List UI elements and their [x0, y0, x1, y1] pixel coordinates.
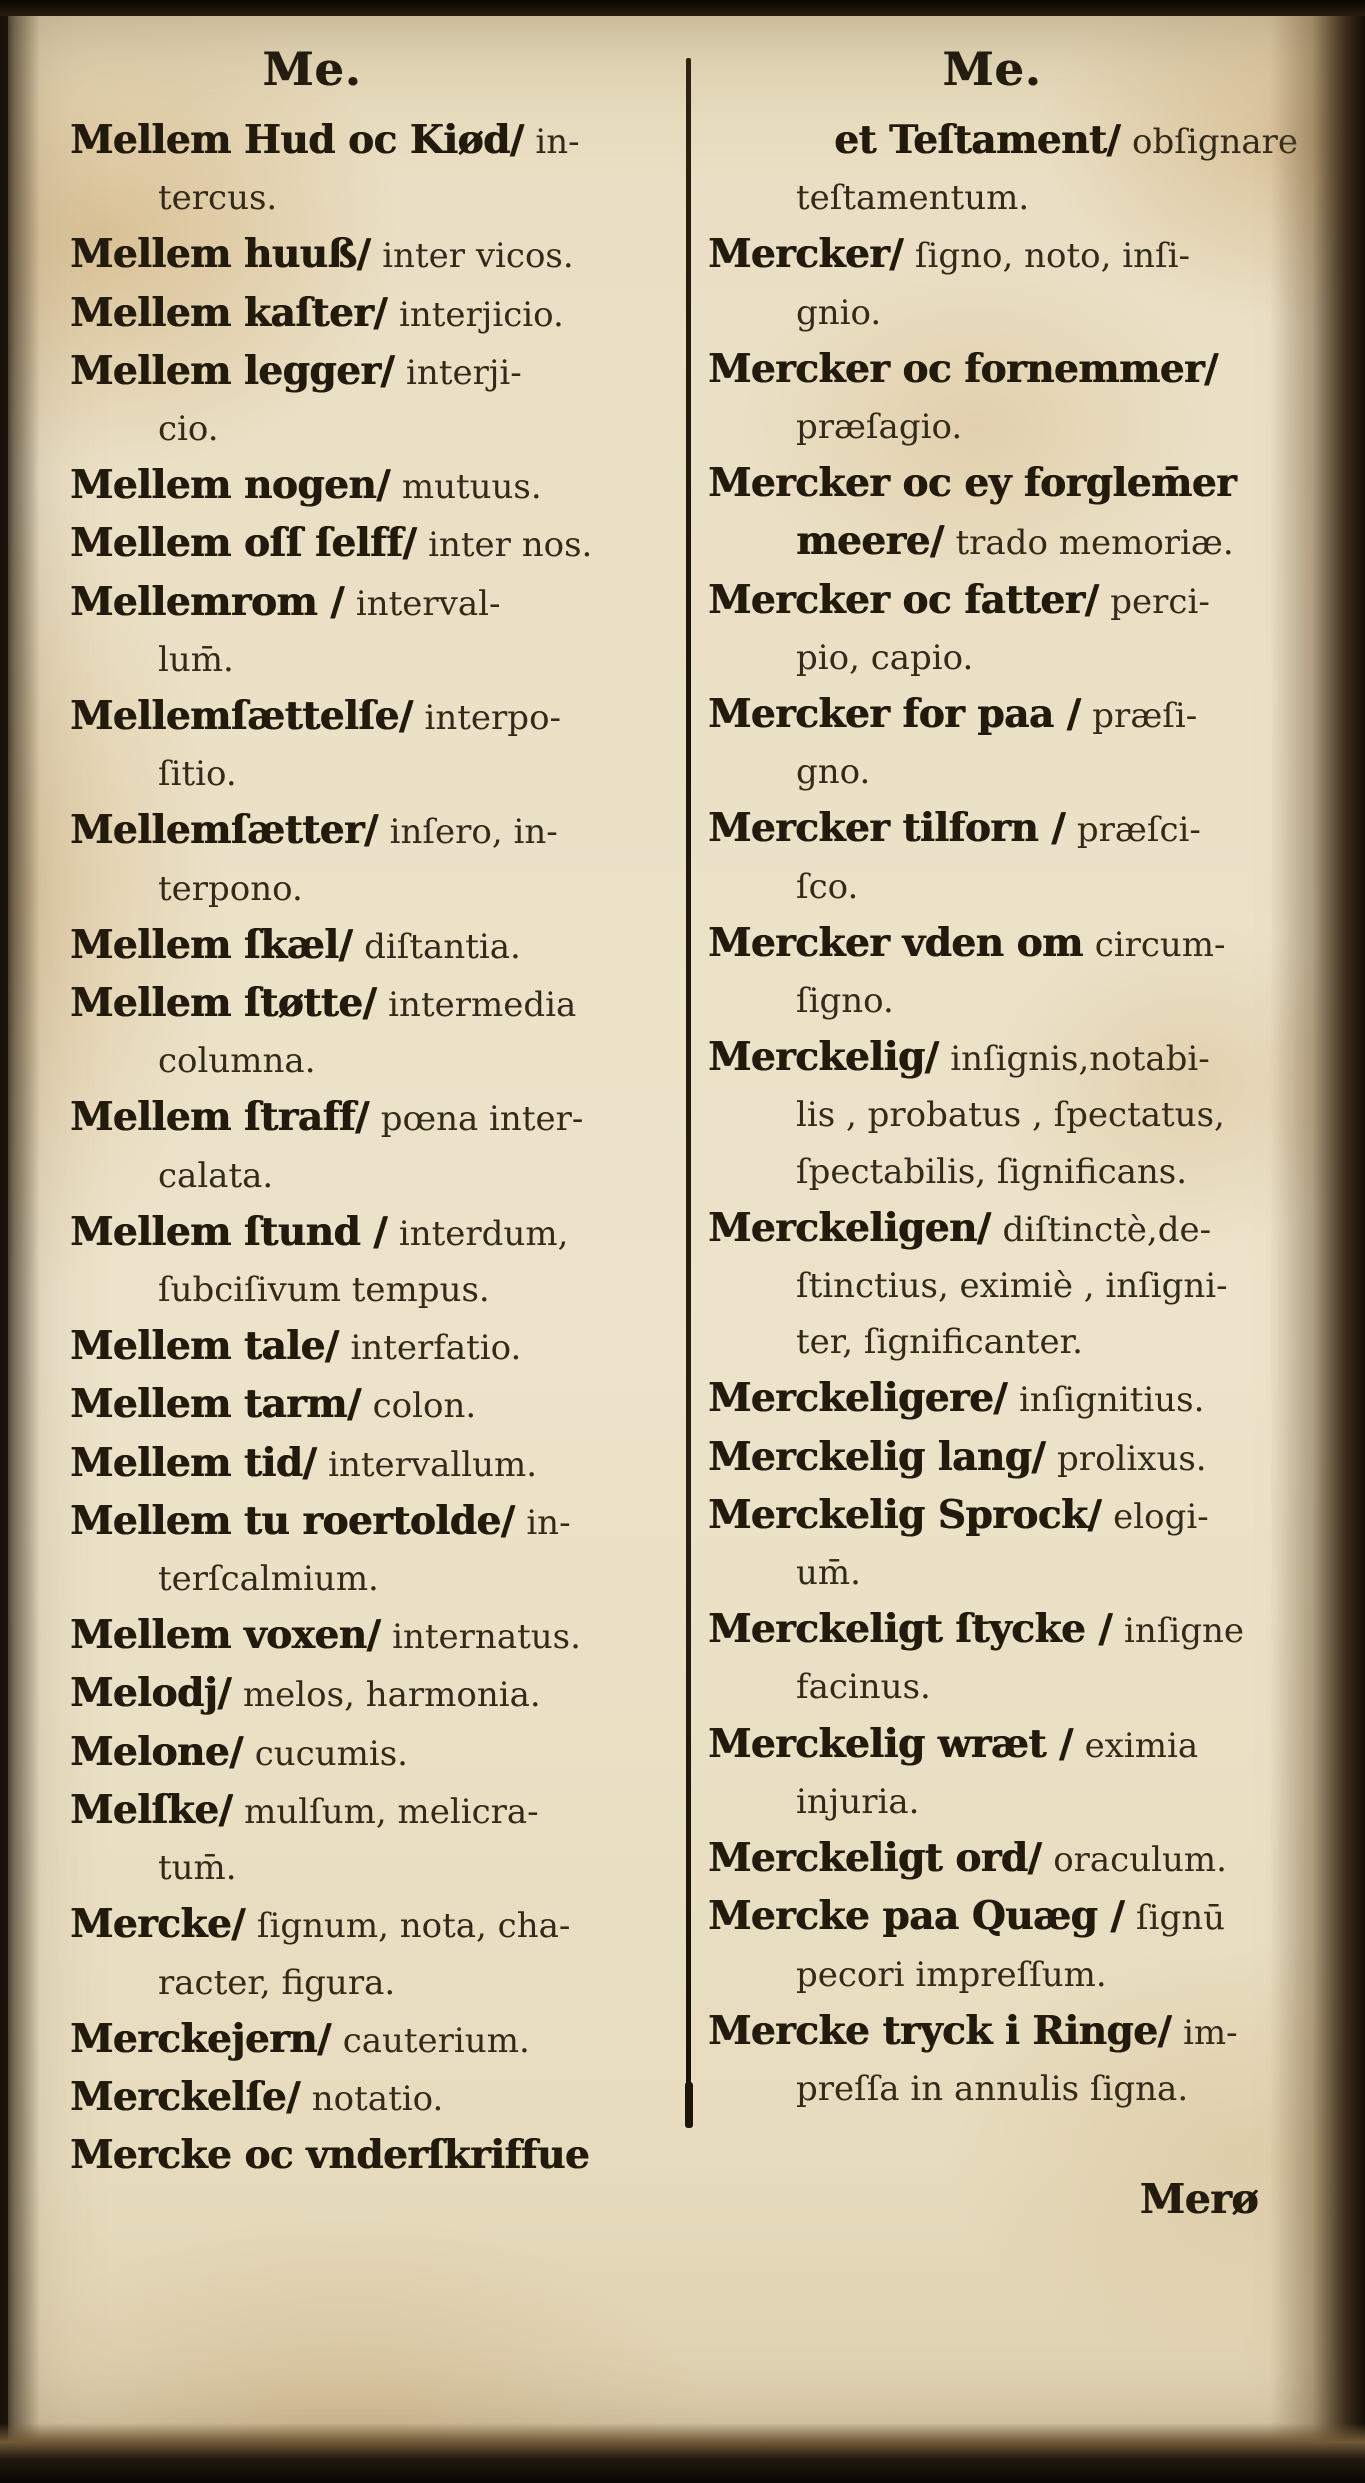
entry-line: Mercker tilforn /præſci- — [708, 800, 1316, 858]
headword-danish: et Teſtament/ — [834, 117, 1120, 163]
gloss-latin: gnio. — [796, 293, 881, 333]
gloss-latin: interval- — [356, 584, 501, 624]
entry-line: Merckeligt ord/oraculum. — [708, 1830, 1316, 1888]
right-column: Me. et Teſtament/obſignareteſtamentum.Me… — [708, 26, 1316, 2223]
headword-danish: Mercker oc fornemmer/ — [708, 346, 1218, 392]
headword-danish: Mellem ſtøtte/ — [70, 980, 376, 1026]
gloss-latin: pio, capio. — [796, 638, 973, 678]
gloss-latin: interjicio. — [399, 295, 564, 335]
headword-danish: Merckeligt ord/ — [708, 1835, 1041, 1881]
entry-line: Merckeligen/diſtinctè,de- — [708, 1200, 1316, 1258]
entry-line: Mellem voxen/internatus. — [70, 1607, 670, 1665]
gloss-latin: interdum, — [399, 1214, 569, 1254]
entry-line: Merckelig/inſignis,notabi- — [708, 1029, 1316, 1087]
entry-line: ſubciſivum tempus. — [70, 1262, 670, 1318]
headword-danish: Melodj/ — [70, 1670, 231, 1716]
gloss-latin: notatio. — [312, 2079, 444, 2119]
entry-line: Mellem oſſ ſelff/inter nos. — [70, 515, 670, 573]
gloss-latin: racter, figura. — [158, 1963, 395, 2003]
entry-line: gno. — [708, 744, 1316, 800]
entry-line: Mellem kaſter/interjicio. — [70, 285, 670, 343]
gloss-latin: intervallum. — [328, 1445, 537, 1485]
gloss-latin: mulſum, melicra- — [244, 1792, 539, 1832]
entry-line: Mercker for paa /præſi- — [708, 686, 1316, 744]
gloss-latin: eximia — [1085, 1726, 1199, 1766]
entry-line: ſigno. — [708, 973, 1316, 1029]
entry-line: Mellem nogen/mutuus. — [70, 457, 670, 515]
catchword: Merø — [708, 2175, 1316, 2223]
entry-line: Merckejern/cauterium. — [70, 2011, 670, 2069]
entry-line: Mellem tale/interfatio. — [70, 1318, 670, 1376]
gloss-latin: ſtinctius, eximiè , inſigni- — [796, 1266, 1228, 1306]
left-column: Me. Mellem Hud oc Kiød/in-tercus.Mellem … — [70, 26, 670, 2185]
gloss-latin: cauterium. — [343, 2021, 530, 2061]
headword-danish: Merckelig/ — [708, 1034, 938, 1080]
headword-danish: Mellem ſtund / — [70, 1209, 387, 1255]
entry-line: Mellem ſkæl/diſtantia. — [70, 917, 670, 975]
headword-danish: Mercker vden om — [708, 920, 1083, 966]
gloss-latin: inter nos. — [428, 525, 592, 565]
entry-line: ſco. — [708, 859, 1316, 915]
entry-line: ter, ſignificanter. — [708, 1314, 1316, 1370]
gloss-latin: ſco. — [796, 867, 858, 907]
gloss-latin: melos, harmonia. — [243, 1675, 541, 1715]
headword-danish: Mercke oc vnderſkriffue — [70, 2132, 589, 2178]
gloss-latin: teſtamentum. — [796, 178, 1029, 218]
gloss-latin: interji- — [406, 353, 522, 393]
gloss-latin: in- — [526, 1503, 570, 1543]
headword-danish: Mellem kaſter/ — [70, 290, 387, 336]
gloss-latin: trado memoriæ. — [956, 523, 1234, 563]
entry-line: Mellem huuß/inter vicos. — [70, 226, 670, 284]
headword-danish: Mercke tryck i Ringe/ — [708, 2008, 1171, 2054]
headword-danish: Merckejern/ — [70, 2016, 331, 2062]
gloss-latin: præſagio. — [796, 407, 962, 447]
headword-danish: Mellem tid/ — [70, 1440, 316, 1486]
headword-danish: Merckelſe/ — [70, 2074, 300, 2120]
entry-line: Mercke/ſignum, nota, cha- — [70, 1896, 670, 1954]
entry-line: Mellem ſtund /interdum, — [70, 1204, 670, 1262]
headword-danish: Mellem voxen/ — [70, 1612, 380, 1658]
entry-line: præſagio. — [708, 399, 1316, 455]
entry-line: meere/trado memoriæ. — [708, 513, 1316, 571]
entry-line: Mellem Hud oc Kiød/in- — [70, 112, 670, 170]
gloss-latin: internatus. — [392, 1617, 581, 1657]
entry-line: pio, capio. — [708, 630, 1316, 686]
entry-line: Melodj/melos, harmonia. — [70, 1665, 670, 1723]
gloss-latin: interpo- — [425, 698, 562, 738]
gloss-latin: in- — [535, 122, 579, 162]
entry-line: ſpectabilis, ſignificans. — [708, 1144, 1316, 1200]
gloss-latin: intermedia — [388, 985, 576, 1025]
headword-danish: Mellem tarm/ — [70, 1381, 361, 1427]
gloss-latin: mutuus. — [402, 467, 542, 507]
gloss-latin: elogi- — [1113, 1497, 1209, 1537]
entry-line: terpono. — [70, 861, 670, 917]
entry-line: facinus. — [708, 1659, 1316, 1715]
entry-line: Mercker vden omcircum- — [708, 915, 1316, 973]
right-column-lines: et Teſtament/obſignareteſtamentum.Mercke… — [708, 112, 1316, 2117]
gloss-latin: inſero, in- — [390, 812, 558, 852]
entry-line: Merckelig Sprock/elogi- — [708, 1487, 1316, 1545]
headword-danish: Merckeligere/ — [708, 1375, 1007, 1421]
headword-danish: Mercke paa Quæg / — [708, 1893, 1124, 1939]
entry-line: Mercker oc ey forglem̄er — [708, 455, 1316, 513]
gloss-latin: tercus. — [158, 178, 277, 218]
entry-line: Mercker oc fatter/perci- — [708, 572, 1316, 630]
entry-line: Mellem tarm/colon. — [70, 1376, 670, 1434]
entry-line: Mercker/ſigno, noto, inſi- — [708, 226, 1316, 284]
entry-line: lum̄. — [70, 632, 670, 688]
gloss-latin: inſigne — [1124, 1611, 1244, 1651]
gloss-latin: preſſa in annulis ſigna. — [796, 2069, 1188, 2109]
entry-line: Mellemſætter/inſero, in- — [70, 802, 670, 860]
headword-danish: Mellemrom / — [70, 579, 344, 625]
left-column-header: Me. — [12, 26, 612, 112]
entry-line: um̄. — [708, 1545, 1316, 1601]
headword-danish: Mellemſætter/ — [70, 807, 378, 853]
gloss-latin: ter, ſignificanter. — [796, 1322, 1083, 1362]
headword-danish: Mellem nogen/ — [70, 462, 390, 508]
headword-danish: Mercke/ — [70, 1901, 245, 1947]
gloss-latin: oraculum. — [1053, 1840, 1227, 1880]
gloss-latin: inſignitius. — [1019, 1380, 1204, 1420]
entry-line: et Teſtament/obſignare — [708, 112, 1316, 170]
headword-danish: Merckelig wræt / — [708, 1721, 1073, 1767]
headword-danish: Mercker/ — [708, 231, 903, 277]
gloss-latin: præſci- — [1077, 810, 1201, 850]
gloss-latin: gno. — [796, 752, 870, 792]
gloss-latin: ſignum, nota, cha- — [257, 1906, 571, 1946]
gloss-latin: diſtantia. — [364, 927, 521, 967]
entry-line: Melone/cucumis. — [70, 1724, 670, 1782]
gloss-latin: circum- — [1095, 925, 1226, 965]
gloss-latin: columna. — [158, 1041, 316, 1081]
entry-line: Merckelſe/notatio. — [70, 2069, 670, 2127]
entry-line: teſtamentum. — [708, 170, 1316, 226]
entry-line: preſſa in annulis ſigna. — [708, 2061, 1316, 2117]
entry-line: ſitio. — [70, 746, 670, 802]
gloss-latin: im- — [1183, 2013, 1238, 2053]
entry-line: Mercke paa Quæg /ſignū — [708, 1888, 1316, 1946]
gloss-latin: cio. — [158, 409, 219, 449]
headword-danish: Mellem huuß/ — [70, 231, 370, 277]
entry-line: Merckelig wræt /eximia — [708, 1716, 1316, 1774]
gloss-latin: facinus. — [796, 1667, 931, 1707]
entry-line: gnio. — [708, 285, 1316, 341]
entry-line: tercus. — [70, 170, 670, 226]
entry-line: cio. — [70, 401, 670, 457]
gloss-latin: diſtinctè,de- — [1002, 1210, 1211, 1250]
entry-line: columna. — [70, 1033, 670, 1089]
entry-line: Mellem tid/intervallum. — [70, 1435, 670, 1493]
left-column-lines: Mellem Hud oc Kiød/in-tercus.Mellem huuß… — [70, 112, 670, 2185]
headword-danish: Mercker for paa / — [708, 691, 1080, 737]
entry-line: Mercke tryck i Ringe/im- — [708, 2003, 1316, 2061]
gloss-latin: lis , probatus , ſpectatus, — [796, 1095, 1225, 1135]
entry-line: Merckeligere/inſignitius. — [708, 1370, 1316, 1428]
gloss-latin: ſigno. — [796, 981, 894, 1021]
headword-danish: Mellem tale/ — [70, 1323, 338, 1369]
gloss-latin: pœna inter- — [381, 1099, 584, 1139]
entry-line: Mellem tu roertolde/in- — [70, 1493, 670, 1551]
headword-danish: Mellem oſſ ſelff/ — [70, 520, 416, 566]
headword-danish: Melone/ — [70, 1729, 243, 1775]
entry-line: Melſke/mulſum, melicra- — [70, 1782, 670, 1840]
gloss-latin: ſpectabilis, ſignificans. — [796, 1152, 1187, 1192]
entry-line: lis , probatus , ſpectatus, — [708, 1087, 1316, 1143]
headword-danish: Mellemſættelſe/ — [70, 693, 413, 739]
headword-danish: Mercker oc ey forglem̄er — [708, 460, 1236, 506]
headword-danish: Mercker oc fatter/ — [708, 577, 1098, 623]
headword-danish: Melſke/ — [70, 1787, 232, 1833]
gloss-latin: ſigno, noto, inſi- — [915, 236, 1190, 276]
gloss-latin: pecori impreſſum. — [796, 1955, 1107, 1995]
headword-danish: Mercker tilforn / — [708, 805, 1065, 851]
entry-line: tum̄. — [70, 1840, 670, 1896]
headword-danish: Merckeligen/ — [708, 1205, 990, 1251]
entry-line: calata. — [70, 1148, 670, 1204]
entry-line: ſtinctius, eximiè , inſigni- — [708, 1258, 1316, 1314]
headword-danish: Merckelig Sprock/ — [708, 1492, 1101, 1538]
gloss-latin: terſcalmium. — [158, 1559, 379, 1599]
entry-line: pecori impreſſum. — [708, 1947, 1316, 2003]
gloss-latin: ſitio. — [158, 754, 237, 794]
gloss-latin: um̄. — [796, 1553, 861, 1593]
scan-edge-left — [0, 0, 40, 2483]
entry-line: Mercke oc vnderſkriffue — [70, 2127, 670, 2185]
entry-line: Mellem legger/interji- — [70, 343, 670, 401]
gloss-latin: tum̄. — [158, 1848, 237, 1888]
entry-line: injuria. — [708, 1774, 1316, 1830]
entry-line: Mellem ſtraff/pœna inter- — [70, 1089, 670, 1147]
headword-danish: Mellem legger/ — [70, 348, 394, 394]
gloss-latin: terpono. — [158, 869, 303, 909]
scan-edge-bottom — [0, 2423, 1365, 2483]
entry-line: racter, figura. — [70, 1955, 670, 2011]
entry-line: Merckelig lang/prolixus. — [708, 1429, 1316, 1487]
headword-danish: Mellem ſtraff/ — [70, 1094, 369, 1140]
scan-edge-top — [0, 0, 1365, 16]
headword-danish: Mellem tu roertolde/ — [70, 1498, 514, 1544]
entry-line: Mercker oc fornemmer/ — [708, 341, 1316, 399]
gloss-latin: perci- — [1110, 582, 1210, 622]
gloss-latin: præſi- — [1092, 696, 1197, 736]
entry-line: Merckeligt ſtycke /inſigne — [708, 1601, 1316, 1659]
headword-danish: Mellem ſkæl/ — [70, 922, 352, 968]
gloss-latin: prolixus. — [1057, 1439, 1207, 1479]
scan-edge-right — [1270, 0, 1365, 2483]
gloss-latin: calata. — [158, 1156, 273, 1196]
gloss-latin: interfatio. — [350, 1328, 521, 1368]
entry-line: Mellem ſtøtte/intermedia — [70, 975, 670, 1033]
gloss-latin: cucumis. — [255, 1734, 408, 1774]
gloss-latin: inter vicos. — [382, 236, 573, 276]
headword-danish: meere/ — [796, 518, 944, 564]
gloss-latin: colon. — [373, 1386, 477, 1426]
right-column-header: Me. — [688, 26, 1296, 112]
entry-line: Mellemrom /interval- — [70, 574, 670, 632]
entry-line: terſcalmium. — [70, 1551, 670, 1607]
gloss-latin: inſignis,notabi- — [950, 1039, 1209, 1079]
headword-danish: Merckelig lang/ — [708, 1434, 1045, 1480]
headword-danish: Merckeligt ſtycke / — [708, 1606, 1112, 1652]
gloss-latin: lum̄. — [158, 640, 234, 680]
column-divider-rule — [686, 58, 691, 2120]
gloss-latin: ſubciſivum tempus. — [158, 1270, 490, 1310]
gloss-latin: injuria. — [796, 1782, 919, 1822]
entry-line: Mellemſættelſe/interpo- — [70, 688, 670, 746]
headword-danish: Mellem Hud oc Kiød/ — [70, 117, 523, 163]
gloss-latin: ſignū — [1136, 1898, 1225, 1938]
